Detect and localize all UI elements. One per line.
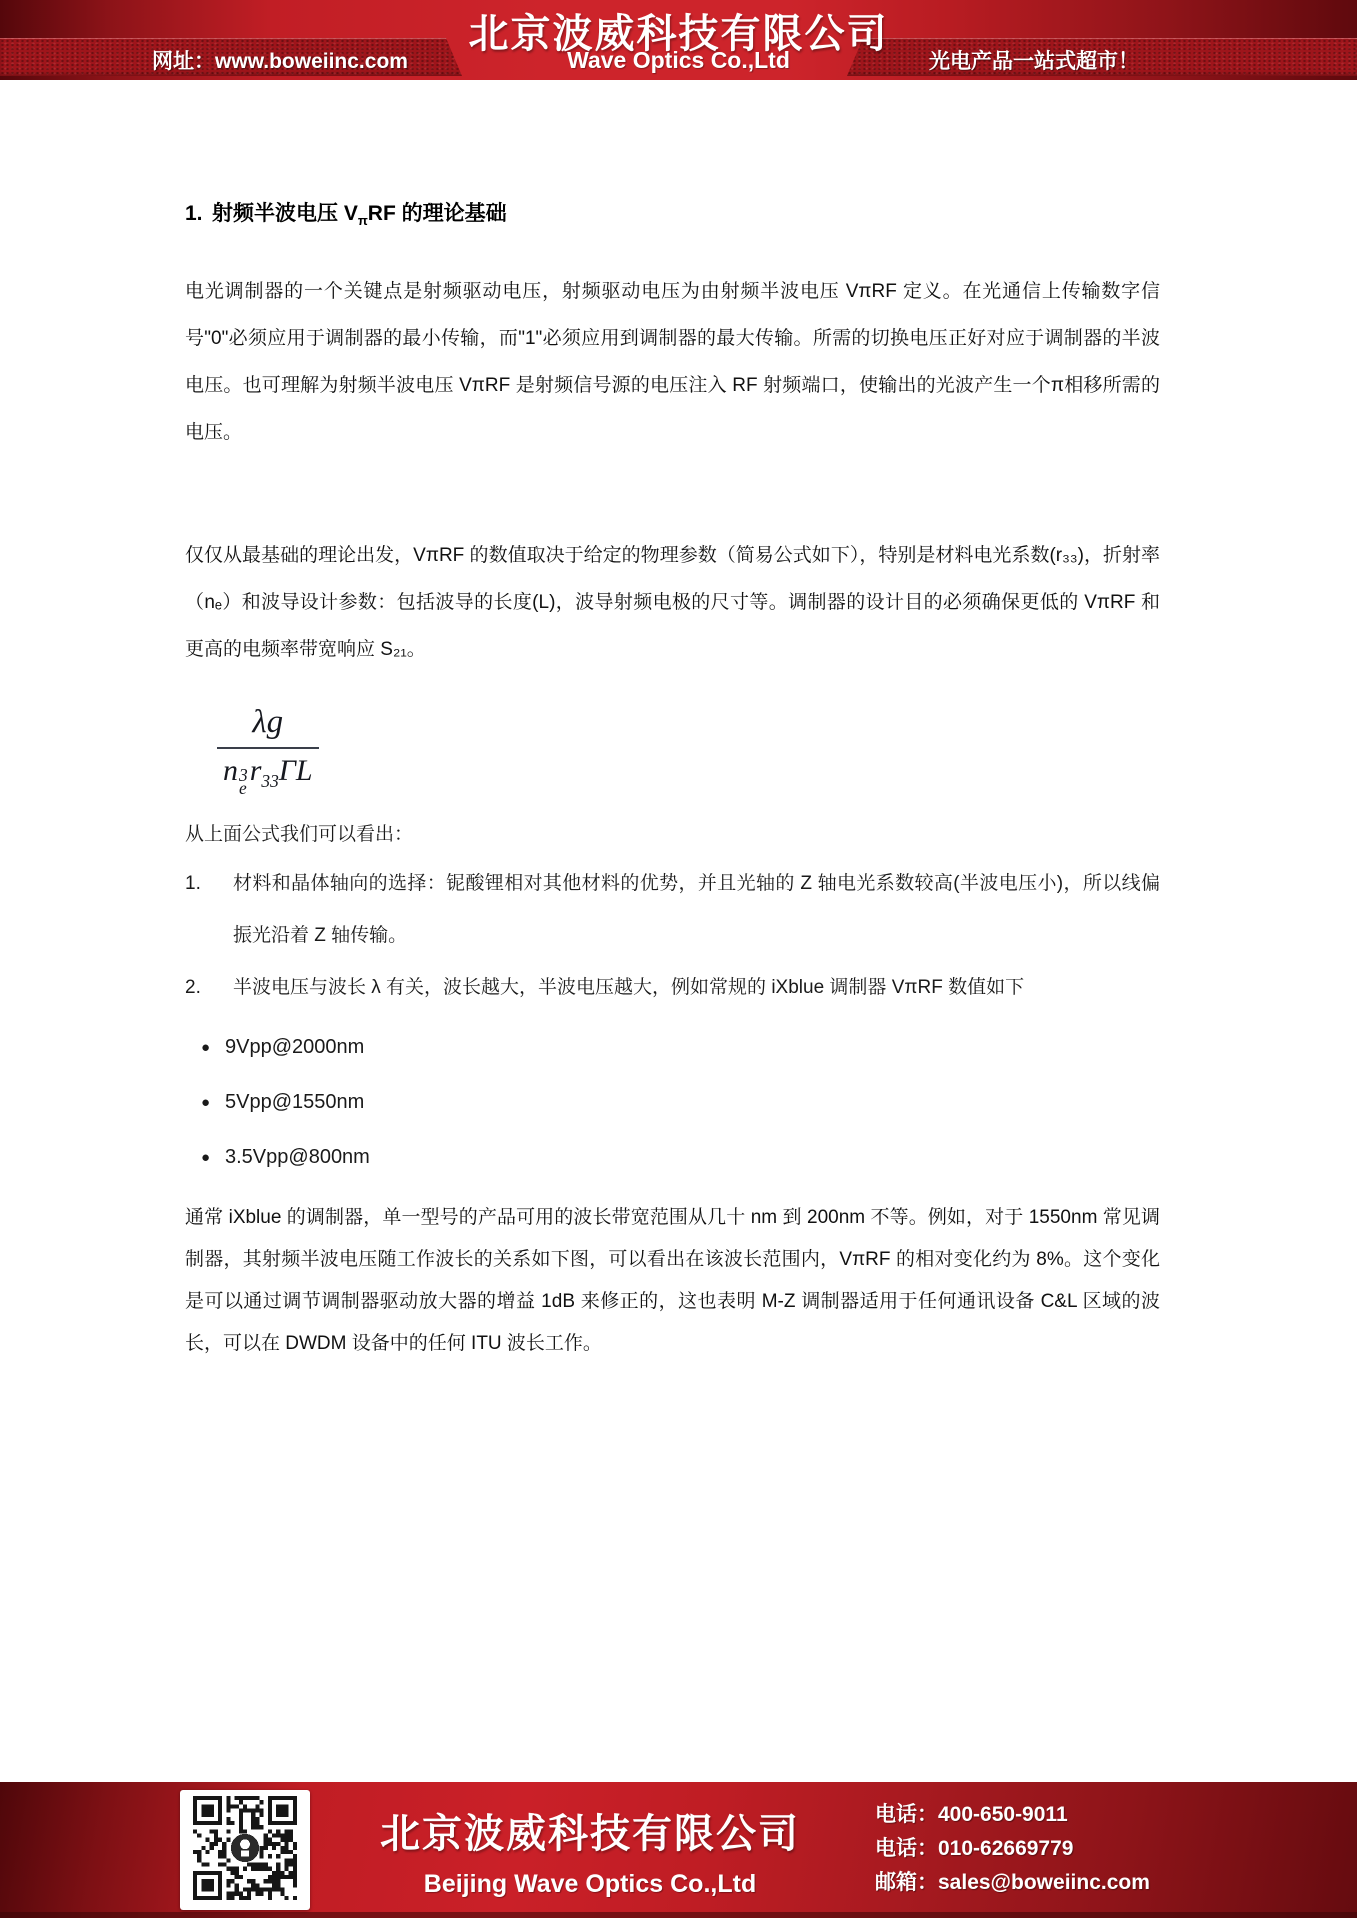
bullet-item: ● 9Vpp@2000nm bbox=[185, 1020, 1160, 1075]
bullet-icon: ● bbox=[185, 1149, 225, 1166]
qr-code-image bbox=[191, 1794, 299, 1907]
item-number: 2. bbox=[185, 962, 207, 1014]
page-footer-banner: 北京波威科技有限公司 Beijing Wave Optics Co.,Ltd 电… bbox=[0, 1782, 1357, 1918]
bullet-text: 5Vpp@1550nm bbox=[225, 1091, 364, 1114]
bullet-item: ● 5Vpp@1550nm bbox=[185, 1075, 1160, 1130]
bullet-text: 3.5Vpp@800nm bbox=[225, 1146, 370, 1169]
section-number: 1. bbox=[185, 200, 212, 235]
numbered-item-2: 2. 半波电压与波长 λ 有关，波长越大，半波电压越大，例如常规的 iXblue… bbox=[185, 962, 1160, 1014]
footer-company-name-cn: 北京波威科技有限公司 bbox=[345, 1802, 835, 1859]
section-heading: 1. 射频半波电压 VπRF 的理论基础 bbox=[185, 200, 1160, 235]
footer-company-name-en: Beijing Wave Optics Co.,Ltd bbox=[345, 1870, 835, 1899]
paragraph-wavelength: 通常 iXblue 的调制器，单一型号的产品可用的波长带宽范围从几十 nm 到 … bbox=[185, 1197, 1160, 1365]
bullet-item: ● 3.5Vpp@800nm bbox=[185, 1130, 1160, 1185]
bullet-icon: ● bbox=[185, 1039, 225, 1056]
formula-denominator: n3er33ΓL bbox=[217, 747, 319, 795]
page-header-banner: 网址：www.boweiinc.com 光电产品一站式超市！ 北京波威科技有限公… bbox=[0, 0, 1357, 80]
item-text: 材料和晶体轴向的选择：铌酸锂相对其他材料的优势，并且光轴的 Z 轴电光系数较高(… bbox=[233, 858, 1160, 962]
qr-code bbox=[180, 1790, 310, 1910]
footer-company-block: 北京波威科技有限公司 Beijing Wave Optics Co.,Ltd bbox=[345, 1802, 835, 1899]
vpi-formula: λg n3er33ΓL bbox=[217, 695, 1160, 803]
bullet-icon: ● bbox=[185, 1094, 225, 1111]
numbered-item-1: 1. 材料和晶体轴向的选择：铌酸锂相对其他材料的优势，并且光轴的 Z 轴电光系数… bbox=[185, 858, 1160, 962]
footer-phone-1: 电话：400-650-9011 bbox=[875, 1798, 1150, 1832]
document-body: 1. 射频半波电压 VπRF 的理论基础 电光调制器的一个关键点是射频驱动电压，… bbox=[185, 200, 1160, 1384]
list-intro-text: 从上面公式我们可以看出： bbox=[185, 811, 1160, 858]
section-title: 射频半波电压 VπRF 的理论基础 bbox=[212, 200, 507, 235]
bullet-text: 9Vpp@2000nm bbox=[225, 1036, 364, 1059]
footer-email: 邮箱：sales@boweiinc.com bbox=[875, 1866, 1150, 1900]
formula-fraction: λg n3er33ΓL bbox=[217, 704, 319, 795]
paragraph-theory: 仅仅从最基础的理论出发，VπRF 的数值取决于给定的物理参数（简易公式如下），特… bbox=[185, 532, 1160, 673]
header-company-name-en: Wave Optics Co.,Ltd bbox=[0, 47, 1357, 74]
formula-numerator: λg bbox=[218, 704, 317, 747]
item-text: 半波电压与波长 λ 有关，波长越大，半波电压越大，例如常规的 iXblue 调制… bbox=[233, 962, 1160, 1014]
voltage-bullet-list: ● 9Vpp@2000nm ● 5Vpp@1550nm ● 3.5Vpp@800… bbox=[185, 1020, 1160, 1185]
paragraph-intro: 电光调制器的一个关键点是射频驱动电压，射频驱动电压为由射频半波电压 VπRF 定… bbox=[185, 268, 1160, 456]
item-number: 1. bbox=[185, 858, 207, 910]
footer-phone-2: 电话：010-62669779 bbox=[875, 1832, 1150, 1866]
footer-contact-block: 电话：400-650-9011 电话：010-62669779 邮箱：sales… bbox=[875, 1798, 1150, 1900]
